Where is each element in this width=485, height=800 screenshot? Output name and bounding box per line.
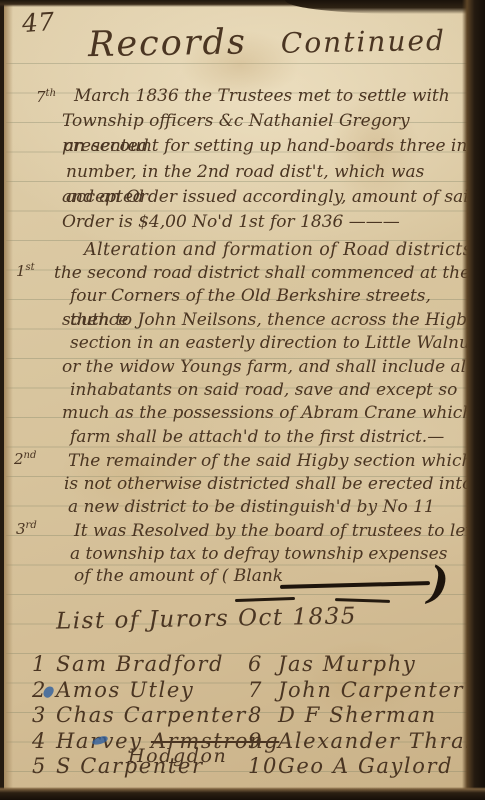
juror-row: 2Amos Utley [32, 678, 279, 704]
district-2-paragraph: The remainder of the said Higby section … [68, 450, 472, 518]
subheading-road-districts: Alteration and formation of Road distric… [84, 240, 472, 260]
title-word-continued: Continued [281, 24, 447, 60]
text-line: a township tax to defray township expens… [70, 543, 485, 566]
ink-flourish [235, 597, 295, 602]
juror-row: 7John Carpenter [248, 678, 482, 704]
text-line: inhabatants on said road, save and excep… [70, 379, 485, 402]
text-line: It was Resolved by the board of trustees… [74, 520, 485, 543]
district-3-marker: 3rd [16, 520, 37, 538]
blank-closing-paren: ) [426, 557, 451, 609]
text-line: farm shall be attach'd to the first dist… [70, 426, 485, 449]
district-2-marker: 2nd [14, 450, 36, 468]
juror-row: 5S Carpenter [32, 754, 279, 780]
text-line: section in an easterly direction to Litt… [70, 332, 485, 355]
juror-row: 6Jas Murphy [248, 652, 482, 678]
juror-row: 3Chas Carpenter [32, 703, 279, 729]
text-line: March 1836 the Trustees met to settle wi… [62, 84, 485, 109]
binding-edge-top-right [285, 0, 485, 14]
entry-7th-march: March 1836 the Trustees met to settle wi… [74, 84, 485, 235]
text-line: The remainder of the said Higby section … [68, 450, 472, 473]
text-line: number, in the 2nd road dist't, which wa… [66, 160, 485, 185]
text-line: an account for setting up hand-boards th… [64, 134, 485, 159]
text-line: a new district to be distinguish'd by No… [68, 496, 472, 519]
entry-marker-7th: 7th [36, 88, 56, 106]
binding-edge-bottom [0, 787, 485, 800]
text-line: is not otherwise districted shall be ere… [64, 473, 472, 496]
juror-row: 9Alexander Thrall [248, 729, 482, 755]
juror-row: 1Sam Bradford [32, 652, 279, 678]
district-1-paragraph: the second road district shall commenced… [62, 262, 485, 449]
text-line: Township officers &c Nathaniel Gregory p… [62, 109, 485, 134]
jurors-column-left: 1Sam Bradford 2Amos Utley 3Chas Carpente… [32, 652, 279, 780]
juror-row: 8D F Sherman [248, 703, 482, 729]
text-line: the second road district shall commenced… [54, 262, 485, 285]
jurors-heading: List of Jurors Oct 1835 [56, 603, 357, 634]
text-line: south to John Neilsons, thence across th… [62, 309, 485, 332]
title-word-records: Records [88, 22, 248, 65]
juror-row-corrected: 4Harvey ArmstrongHodgdon [32, 729, 279, 755]
binding-edge-right [462, 0, 485, 800]
binding-edge-left [0, 0, 4, 800]
jurors-column-right: 6Jas Murphy 7John Carpenter 8D F Sherman… [248, 652, 482, 780]
page-title: RecordsContinued [88, 19, 447, 65]
juror-row: 10Geo A Gaylord [248, 754, 482, 780]
text-line: and an Order issued accordingly, amount … [62, 185, 485, 210]
ink-flourish [335, 598, 390, 603]
text-line: much as the possessions of Abram Crane w… [62, 402, 485, 425]
text-line: Order is $4,00 No'd 1st for 1836 ——— [62, 210, 485, 235]
text-line: or the widow Youngs farm, and shall incl… [62, 356, 485, 379]
ledger-page: 47 RecordsContinued 7th March 1836 the T… [0, 0, 485, 800]
district-1-marker: 1st [16, 262, 35, 280]
text-line: four Corners of the Old Berkshire street… [70, 285, 485, 308]
district-3-paragraph: It was Resolved by the board of trustees… [74, 520, 485, 588]
page-number: 47 [21, 7, 56, 38]
page-gutter-shading [4, 0, 13, 800]
